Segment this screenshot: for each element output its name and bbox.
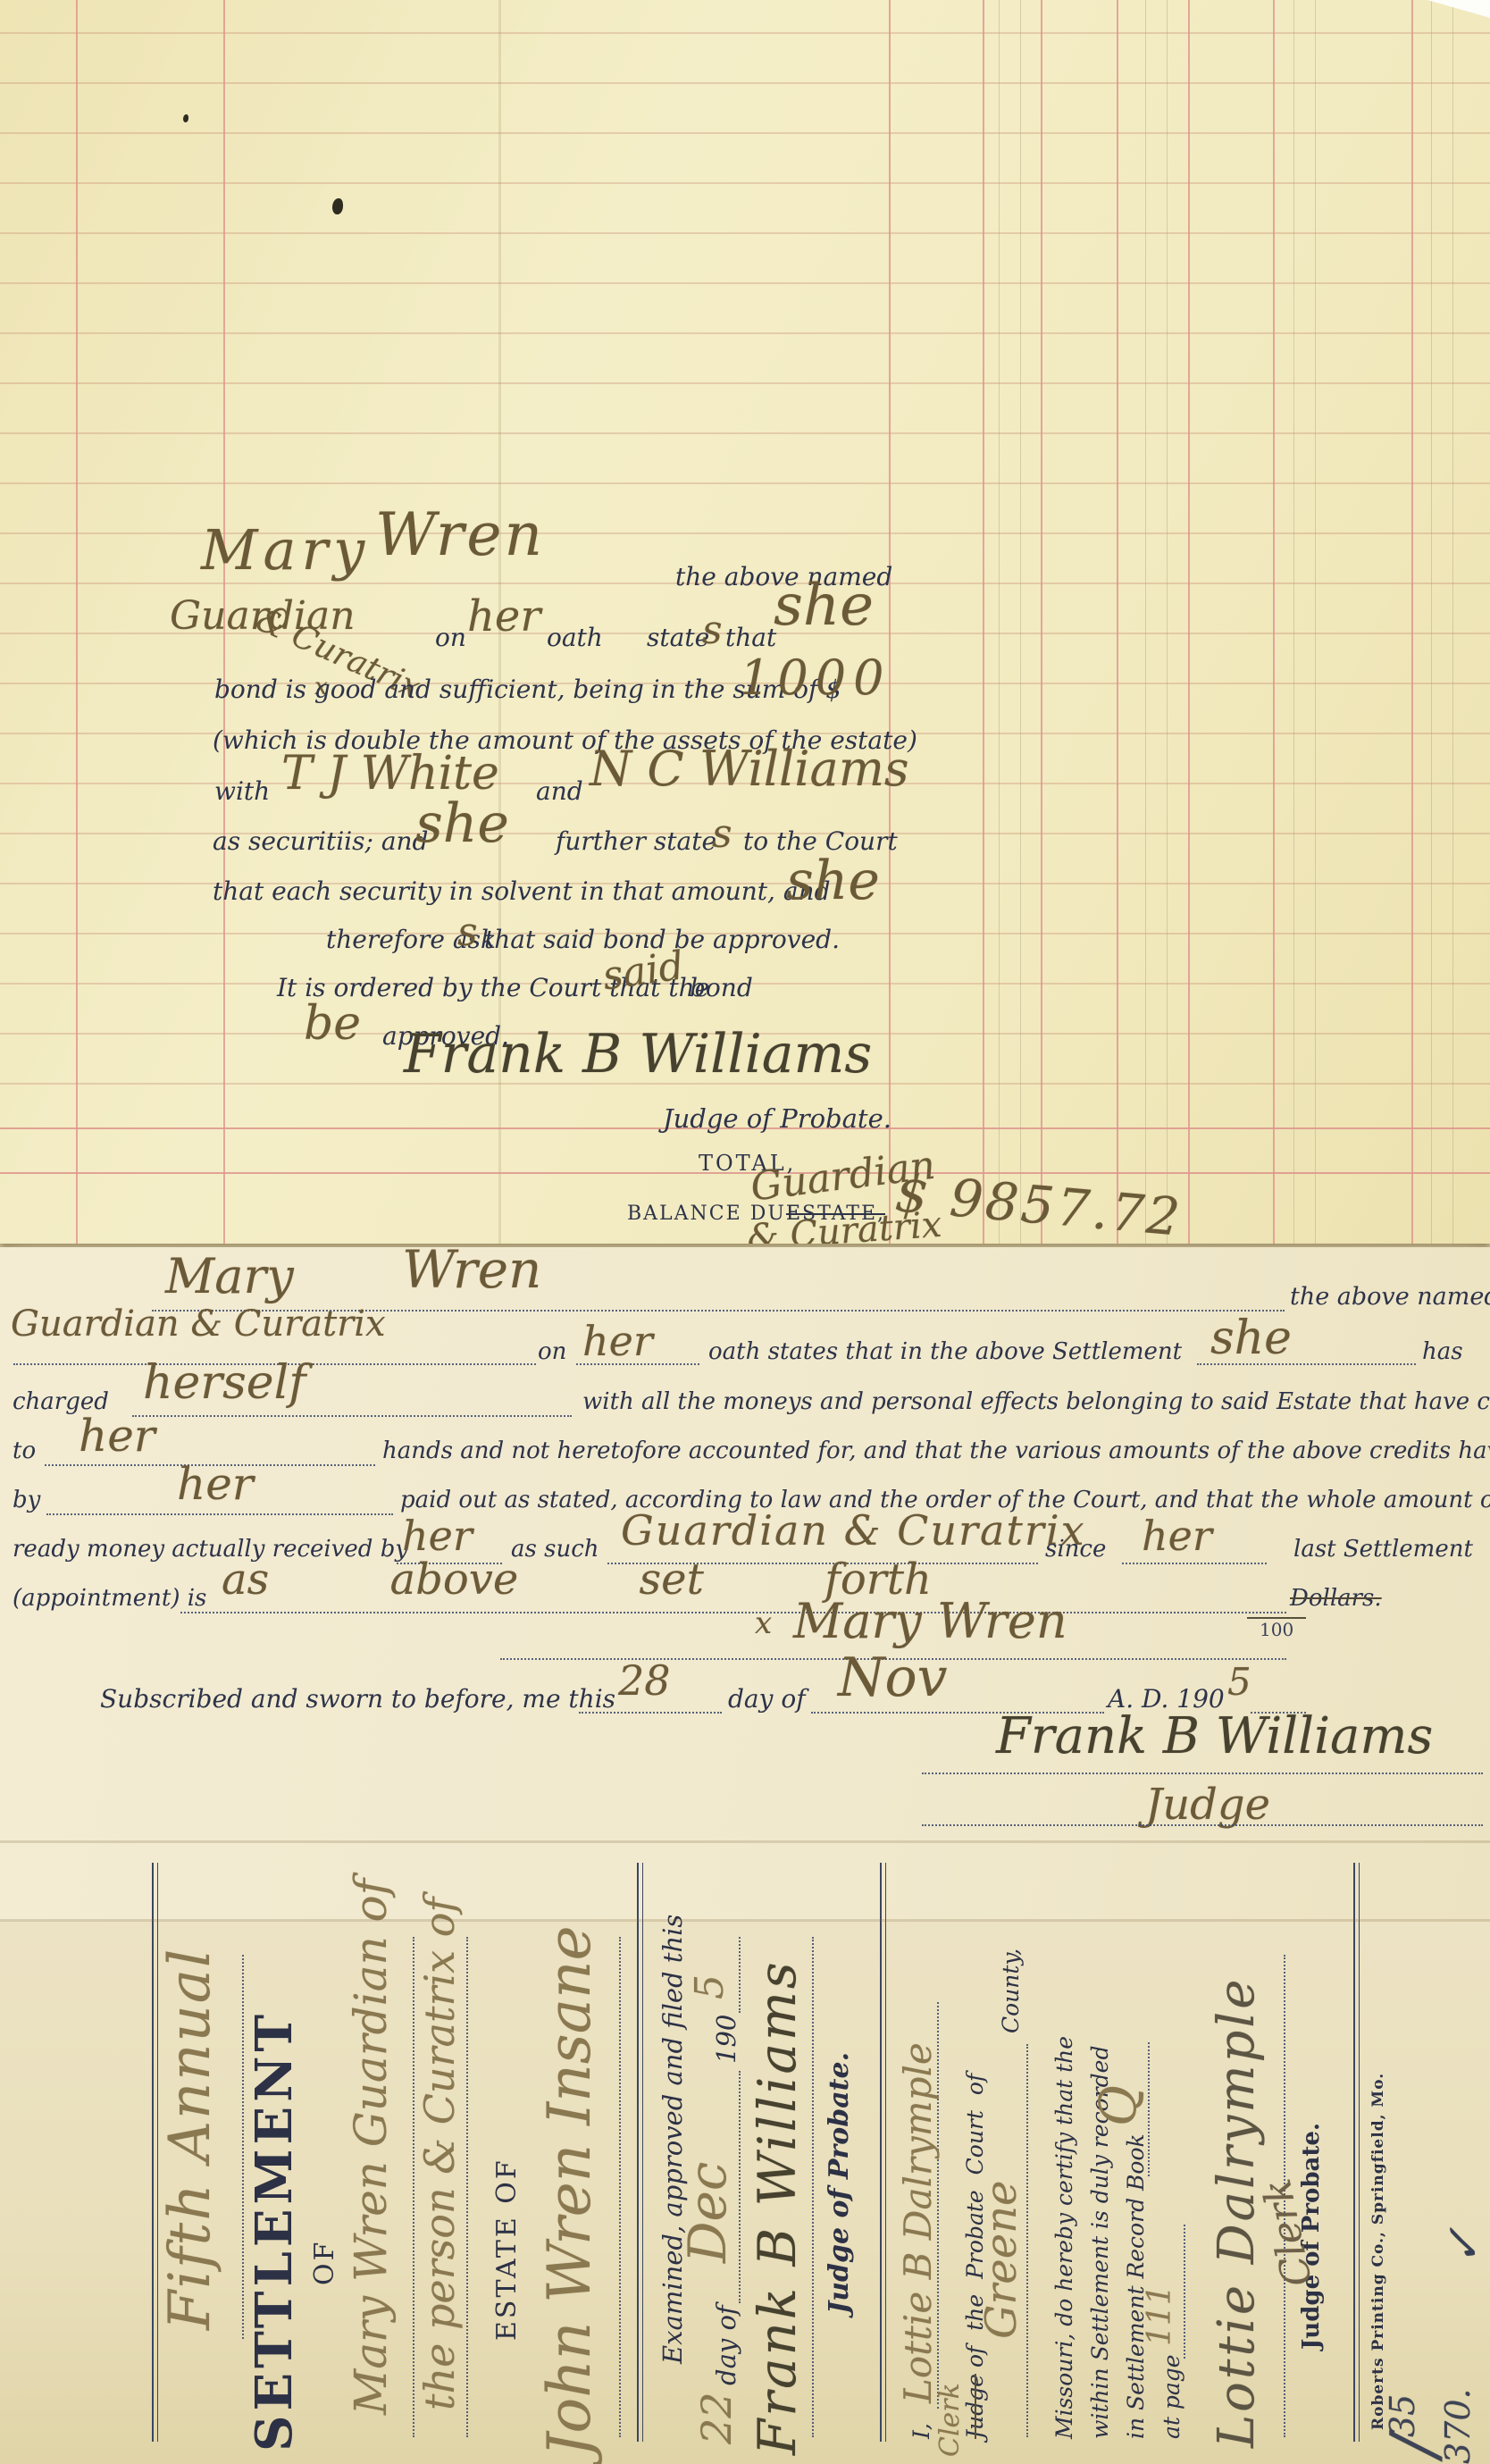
print-dollars-struck: Dollars. xyxy=(1290,1587,1382,1610)
hw-she: she xyxy=(415,797,509,851)
print-missouri-certify: Missouri, do hereby certify that the xyxy=(1053,2036,1076,2439)
print-examined-filed: Examined, approved and filed this xyxy=(660,1915,686,2364)
print-has: has xyxy=(1422,1340,1463,1363)
hw-bond-amount: 1000 xyxy=(740,654,891,702)
print-that: that xyxy=(725,625,776,650)
print-and: and xyxy=(536,779,583,804)
ledger-gray-line xyxy=(1293,0,1294,1244)
hw-her: her xyxy=(177,1462,254,1506)
print-by: by xyxy=(13,1488,40,1512)
hw-docket-denominator: 370. xyxy=(1441,2388,1475,2464)
hw-she: she xyxy=(786,854,880,908)
affidavit-sheet: Mary Wren the above named Guardian & Cur… xyxy=(0,1247,1490,1921)
judge-signature: Frank B Williams xyxy=(996,1712,1433,1762)
hw-said: said xyxy=(600,946,686,996)
hw-be: be xyxy=(304,1001,361,1047)
scanned-probate-document: Mary Wren the above named Guardian & Cur… xyxy=(0,0,1490,2464)
print-bond: bond xyxy=(690,976,753,1001)
hw-she: she xyxy=(774,577,874,634)
dotted-line xyxy=(1026,2044,1028,2437)
ledger-red-line xyxy=(1188,0,1190,1244)
ledger-red-line xyxy=(983,0,984,1244)
double-rule xyxy=(880,1863,886,2442)
hw-estate-name: John Wren Insane xyxy=(540,1925,599,2457)
judge-title: Judge of Probate. xyxy=(663,1106,891,1132)
print-county: County, xyxy=(1000,1949,1022,2033)
ledger-red-line xyxy=(889,0,891,1244)
hw-guardian-last-name: Wren xyxy=(375,506,545,565)
hw-her: her xyxy=(1142,1515,1212,1556)
cover-title: SETTLEMENT xyxy=(249,2010,299,2451)
paper-corner xyxy=(1427,0,1490,18)
print-with: with xyxy=(214,779,270,804)
print-state: state xyxy=(647,625,709,650)
hw-signature-mark: x xyxy=(755,1608,772,1638)
ledger-gray-line xyxy=(1020,0,1021,1244)
dotted-line xyxy=(46,1513,393,1515)
hw-filed-year: 5 xyxy=(691,1974,730,1999)
ledger-gray-line xyxy=(1145,0,1146,1244)
print-hands: hands and not heretofore accounted for, … xyxy=(382,1439,1490,1462)
cover-rotated-content: Fifth Annual SETTLEMENT OF Mary Wren Gua… xyxy=(76,1840,1490,2464)
hw-docket-slash: / xyxy=(1382,2435,1446,2457)
print-on: on xyxy=(435,625,466,650)
printer-imprint: Roberts Printing Co., Springfield, Mo. xyxy=(1371,2073,1386,2430)
dotted-line xyxy=(242,1955,244,2339)
dotted-line xyxy=(922,1824,1483,1826)
hw-sworn-month: Nov xyxy=(838,1651,948,1705)
print-further-state: further state xyxy=(556,829,716,854)
print-day-of: day of xyxy=(728,1687,806,1712)
ledger-red-line xyxy=(1411,0,1413,1244)
dotted-line xyxy=(1148,2042,1150,2176)
hw-her: her xyxy=(467,595,540,638)
hw-sworn-year: 5 xyxy=(1227,1664,1251,1701)
hw-herself: herself xyxy=(143,1360,306,1406)
cover-rotated-wrapper: Fifth Annual SETTLEMENT OF Mary Wren Gua… xyxy=(76,1840,1490,2464)
ledger-red-line xyxy=(1117,0,1118,1244)
print-judge-struck: Judge xyxy=(964,2374,986,2439)
dotted-line xyxy=(619,1937,621,2437)
dotted-line xyxy=(739,2071,741,2303)
print-subscribed-sworn: Subscribed and sworn to before, me this xyxy=(100,1687,615,1712)
hw-her: her xyxy=(402,1515,473,1556)
hw-clerk-correction: Clerk xyxy=(937,2383,964,2457)
print-day-of: day of xyxy=(714,2305,740,2385)
ledger-red-line xyxy=(1273,0,1275,1244)
clerk-signature: Lottie Dalrymple xyxy=(1212,1977,1262,2448)
double-rule xyxy=(637,1863,643,2442)
hw-party-line2: the person & Curatrix of xyxy=(419,1898,460,2410)
dotted-line xyxy=(812,1937,814,2437)
print-oath-settlement: oath states that in the above Settlement xyxy=(708,1340,1182,1363)
hw-checkmark: ✓ xyxy=(1441,2226,1487,2266)
ledger-gray-line xyxy=(1315,0,1316,1244)
print-security-solvent: that each security in solvent in that am… xyxy=(213,879,831,904)
hw-name-last: Wren xyxy=(402,1247,541,1295)
ledger-gray-line xyxy=(1431,0,1432,1244)
ledger-red-line xyxy=(1041,0,1042,1244)
double-rule xyxy=(1353,1863,1360,2442)
hw-guardian-first-name: Mary xyxy=(201,523,370,578)
print-year-190: 190 xyxy=(714,2015,740,2064)
cover-of-label: OF xyxy=(312,2240,339,2285)
print-appointment-is: (appointment) is xyxy=(13,1587,206,1610)
ledger-red-line xyxy=(76,0,78,1244)
hw-role: Guardian & Curatrix xyxy=(11,1306,386,1342)
hw-surety-two: N C Williams xyxy=(590,745,909,793)
print-above-named: the above named xyxy=(1290,1285,1490,1309)
print-at-page: at page xyxy=(1160,2354,1183,2439)
print-cents-fraction: 100 xyxy=(1247,1617,1306,1638)
dotted-line xyxy=(413,1937,414,2437)
hw-name-first: Mary xyxy=(165,1253,294,1301)
cover-estate-of-label: ESTATE OF xyxy=(494,2158,521,2341)
hw-sworn-day: 28 xyxy=(618,1660,671,1701)
hw-clerk-name: Lottie B Dalrymple xyxy=(900,2042,937,2403)
hw-page-number: 111 xyxy=(1144,2284,1176,2346)
hw-filed-day: 22 xyxy=(696,2392,737,2444)
print-on: on xyxy=(538,1340,566,1363)
print-oath: oath xyxy=(547,625,603,650)
hw-s-suffix: s xyxy=(457,913,478,952)
hw-she: she xyxy=(1210,1315,1292,1362)
print-last-settlement: last Settlement xyxy=(1293,1538,1473,1561)
hw-record-book-letter: Q xyxy=(1094,2085,1144,2126)
print-since: since xyxy=(1045,1538,1106,1561)
ledger-sheet: Mary Wren the above named Guardian & Cur… xyxy=(0,0,1490,1244)
dotted-line xyxy=(739,1937,741,2013)
ledger-gray-line xyxy=(1167,0,1168,1244)
hw-s-suffix: s xyxy=(712,815,732,854)
judge-signature: Frank B Williams xyxy=(404,1027,872,1081)
hw-s-suffix: s xyxy=(702,611,723,650)
dotted-line xyxy=(922,1773,1483,1774)
dotted-line xyxy=(466,1937,468,2437)
ledger-gray-line xyxy=(999,0,1000,1244)
dotted-line xyxy=(180,1612,1286,1613)
ledger-gray-line xyxy=(1452,0,1453,1244)
print-i: I, xyxy=(910,2423,933,2439)
hw-docket-numerator: 35 xyxy=(1385,2394,1419,2437)
print-to: to xyxy=(13,1439,36,1462)
hw-filed-month: Dec xyxy=(682,2162,733,2263)
hw-surety-one: T J White xyxy=(281,750,499,797)
judge-signature: Frank B Williams xyxy=(751,1959,803,2455)
hw-role: Guardian & Curatrix xyxy=(621,1510,1086,1551)
hw-settlement-ordinal: Fifth Annual xyxy=(162,1948,219,2330)
hw-her: her xyxy=(582,1320,653,1362)
hw-county-name: Greene xyxy=(980,2181,1023,2339)
dotted-line xyxy=(1184,2225,1185,2359)
dotted-line xyxy=(579,1712,722,1714)
print-moneys: with all the moneys and personal effects… xyxy=(582,1390,1490,1413)
print-as-securities: as securitiis; and xyxy=(213,829,428,854)
judge-title: Judge of Probate. xyxy=(826,2052,853,2314)
hw-judge-word: Judge xyxy=(1145,1783,1270,1826)
dotted-line xyxy=(132,1415,572,1417)
hw-her: her xyxy=(79,1413,155,1458)
sheet-edge-shadow xyxy=(0,1919,1490,1922)
dotted-line xyxy=(1122,1563,1267,1564)
hw-party-line1: Mary Wren Guardian of xyxy=(348,1879,393,2415)
guardian-signature: Mary Wren xyxy=(793,1597,1067,1646)
